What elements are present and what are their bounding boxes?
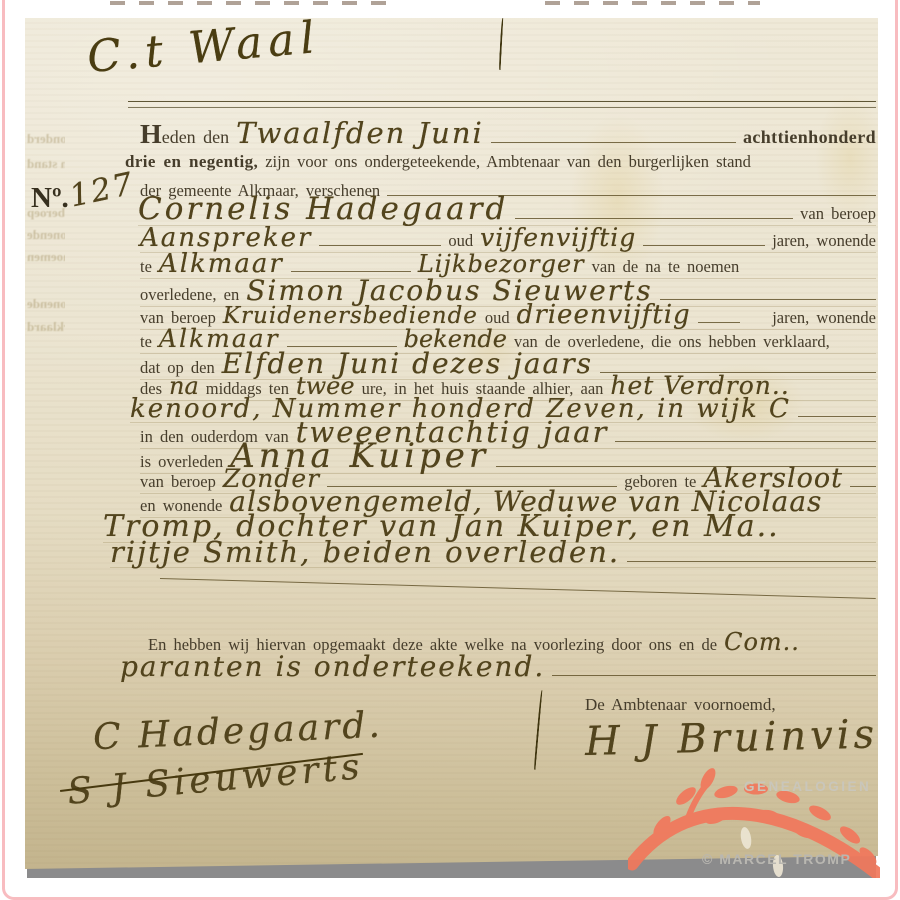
printed-text: Heden den	[140, 118, 229, 153]
fill-rule	[319, 240, 441, 246]
printed-text: achttienhonderd	[743, 126, 876, 149]
ghost-text-word: hebben verklaard	[27, 319, 65, 334]
ghost-text-word: na te noemen	[27, 249, 65, 264]
previous-official-signature: C.t Waal	[86, 16, 323, 80]
ghost-text-word: jaren, wonende	[27, 227, 65, 242]
handwritten-text: drieenvijftig	[517, 302, 691, 328]
ghost-text: jaren, wonende	[27, 226, 65, 242]
ghost-text: na te noemen	[27, 248, 65, 264]
official-title-line: De Ambtenaar voornoemd,	[585, 695, 776, 715]
printed-text: zijn voor ons ondergeteekende, Ambtenaar…	[265, 152, 751, 173]
handwritten-text: Cornelis Hadegaard	[138, 194, 508, 225]
ghost-text-word: jaren, wonende	[27, 296, 65, 311]
fill-rule	[627, 556, 876, 562]
ghost-text: van beroep	[27, 204, 65, 220]
header-double-rule	[128, 101, 876, 108]
fill-rule	[291, 266, 411, 272]
fill-rule	[491, 137, 736, 143]
form-line-1: Heden denTwaalfden Juniachttienhonderd	[140, 118, 876, 153]
handwritten-text: Twaalfden Juni	[236, 119, 484, 148]
handwritten-text: Com..	[724, 630, 800, 654]
form-line-4: Cornelis Hadegaardvan beroep	[138, 194, 876, 226]
fill-rule	[798, 411, 876, 417]
printed-text: jaren, wonende	[772, 231, 876, 252]
watermark-copyright-text: © MARCEL TROMP	[702, 851, 851, 867]
handwritten-text: rijtje Smith, beiden overleden.	[110, 538, 620, 567]
blank-ruled-line	[160, 578, 876, 599]
fill-dash	[698, 317, 740, 323]
handwritten-text: paranten is onderteekend.	[120, 653, 545, 681]
printed-text: van beroep	[800, 204, 876, 225]
watermark-brand-text: GENEALOGIEN	[744, 779, 871, 794]
ghost-text-word: burgerlijken stand	[27, 156, 65, 171]
ghost-text: jaren, wonende	[27, 295, 65, 311]
fill-rule	[660, 294, 876, 300]
cropped-text-fragment	[110, 1, 395, 5]
fill-rule	[515, 213, 793, 219]
handwritten-text: Lijkbezorger	[418, 252, 585, 276]
fill-rule	[643, 240, 765, 246]
fill-dash	[850, 481, 876, 487]
handwritten-text: Aanspreker	[140, 225, 312, 251]
spacer	[747, 322, 766, 323]
ghost-text: burgerlijken stand	[27, 155, 65, 171]
ghost-text: achttienhonderd	[27, 130, 65, 146]
cropped-text-fragment	[545, 1, 760, 5]
form-line-2: drie en negentig,zijn voor ons ondergete…	[125, 151, 876, 173]
printed-text: te	[140, 257, 152, 278]
certificate-paper: C.t Waal Nº. 127 Heden denTwaalfden Juni…	[25, 18, 878, 870]
record-number-value: 127	[67, 169, 137, 213]
handwritten-text: vijfenvijftig	[480, 225, 636, 250]
form-line-20: paranten is onderteekend.	[120, 653, 876, 681]
fill-rule	[552, 670, 876, 676]
scanned-death-certificate-photo: C.t Waal Nº. 127 Heden denTwaalfden Juni…	[0, 0, 900, 900]
form-line-18: rijtje Smith, beiden overleden.	[110, 538, 876, 568]
ghost-text: hebben verklaard	[27, 318, 65, 334]
pen-stroke	[499, 18, 504, 70]
printed-text: drie en negentig,	[125, 151, 258, 172]
printed-text: oud	[448, 231, 473, 252]
pen-stroke	[534, 690, 543, 770]
ghost-text-word: achttienhonderd	[27, 131, 65, 146]
ghost-text-word: van beroep	[27, 205, 65, 220]
